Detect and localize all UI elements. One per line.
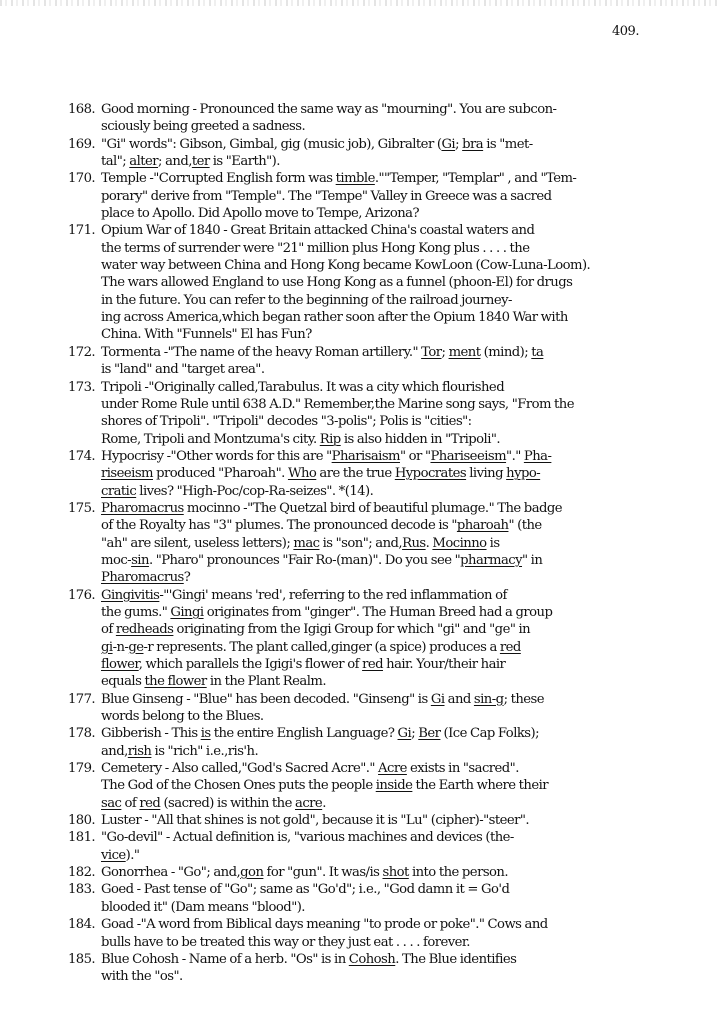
text-run: the Earth where their	[412, 778, 548, 793]
text-line: ing across America,which began rather so…	[101, 309, 668, 326]
text-line: the terms of surrender were "21" million…	[101, 240, 668, 257]
text-run: under Rome Rule until 638 A.D." Remember…	[101, 397, 574, 412]
underlined-word: sin	[131, 553, 149, 568]
entry-number: 179.	[68, 760, 95, 777]
numbered-entry: 174. Hypocrisy -"Other words for this ar…	[68, 448, 668, 500]
text-run: (Ice Cap Folks);	[440, 726, 539, 741]
text-run: (sacred) is within the	[160, 796, 295, 811]
text-run: The God of the Chosen Ones puts the peop…	[101, 778, 376, 793]
text-run: " in	[522, 553, 542, 568]
text-run: into the person.	[409, 865, 508, 880]
entry-number: 178.	[68, 725, 95, 742]
text-line: sciously being greeted a sadness.	[101, 118, 668, 135]
numbered-entry: 181. "Go-devil" - Actual definition is, …	[68, 829, 668, 864]
text-run: tal";	[101, 154, 129, 169]
text-line: moc-sin. "Pharo" pronounces "Fair Ro-(ma…	[101, 552, 668, 569]
text-run: originates from "ginger". The Human Bree…	[204, 605, 553, 620]
underlined-word: acre	[295, 796, 322, 811]
numbered-entry: 173. Tripoli -"Originally called,Tarabul…	[68, 379, 668, 448]
underlined-word: Gi	[431, 692, 445, 707]
text-line: words belong to the Blues.	[101, 708, 668, 725]
entry-text: Opium War of 1840 - Great Britain attack…	[101, 222, 668, 343]
text-run: blooded it" (Dam means "blood").	[101, 900, 305, 915]
text-run: is "land" and "target area".	[101, 362, 264, 377]
text-run: place to Apollo. Did Apollo move to Temp…	[101, 206, 419, 221]
numbered-entry: 177. Blue Ginseng - "Blue" has been deco…	[68, 691, 668, 726]
text-line: and,rish is "rich" i.e.,ris'h.	[101, 743, 668, 760]
text-run: ing across America,which began rather so…	[101, 310, 568, 325]
underlined-word: ter	[192, 154, 210, 169]
text-line: Hypocrisy -"Other words for this are "Ph…	[101, 448, 668, 465]
numbered-entry: 171. Opium War of 1840 - Great Britain a…	[68, 222, 668, 343]
text-line: "Go-devil" - Actual definition is, "vari…	[101, 829, 668, 846]
text-line: blooded it" (Dam means "blood").	[101, 899, 668, 916]
text-line: equals the flower in the Plant Realm.	[101, 673, 668, 690]
text-line: China. With "Funnels" El has Fun?	[101, 326, 668, 343]
entry-text: Gonorrhea - "Go"; and,gon for "gun". It …	[101, 864, 668, 881]
entry-text: Temple -"Corrupted English form was timb…	[101, 170, 668, 222]
text-line: shores of Tripoli". "Tripoli" decodes "3…	[101, 413, 668, 430]
text-run: . The Blue identifies	[395, 952, 516, 967]
text-run: ; these	[504, 692, 544, 707]
text-line: Pharomacrus mocinno -"The Quetzal bird o…	[101, 500, 668, 517]
underlined-word: Rus	[402, 536, 426, 551]
text-run: originating from the Igigi Group for whi…	[173, 622, 530, 637]
text-run: in the future. You can refer to the begi…	[101, 293, 512, 308]
underlined-word: Ber	[418, 726, 440, 741]
text-run: Cemetery - Also called,"God's Sacred Acr…	[101, 761, 378, 776]
text-run: .	[322, 796, 326, 811]
text-line: of the Royalty has "3" plumes. The prono…	[101, 517, 668, 534]
text-line: Gonorrhea - "Go"; and,gon for "gun". It …	[101, 864, 668, 881]
underlined-word: Phariseeism	[430, 449, 506, 464]
numbered-entry: 175. Pharomacrus mocinno -"The Quetzal b…	[68, 500, 668, 587]
text-line: Blue Ginseng - "Blue" has been decoded. …	[101, 691, 668, 708]
underlined-word: bra	[462, 137, 483, 152]
underlined-word: sac	[101, 796, 121, 811]
text-line: Opium War of 1840 - Great Britain attack…	[101, 222, 668, 239]
text-run: is	[487, 536, 500, 551]
text-line: riseeism produced "Pharoah". Who are the…	[101, 465, 668, 482]
text-run: living	[466, 466, 506, 481]
text-run: "Gi" words": Gibson, Gimbal, gig (music …	[101, 137, 441, 152]
underlined-word: redheads	[116, 622, 174, 637]
underlined-word: Cohosh	[349, 952, 395, 967]
text-line: The God of the Chosen Ones puts the peop…	[101, 777, 668, 794]
underlined-word: inside	[376, 778, 413, 793]
text-run: (mind);	[480, 345, 531, 360]
page-number: 409.	[612, 24, 639, 39]
underlined-word: is	[201, 726, 211, 741]
text-run: sciously being greeted a sadness.	[101, 119, 305, 134]
numbered-entry: 179. Cemetery - Also called,"God's Sacre…	[68, 760, 668, 812]
underlined-word: sin-g	[474, 692, 504, 707]
entry-number: 172.	[68, 344, 95, 361]
entry-text: Tripoli -"Originally called,Tarabulus. I…	[101, 379, 668, 448]
text-run: porary" derive from "Temple". The "Tempe…	[101, 189, 552, 204]
text-run: bulls have to be treated this way or the…	[101, 935, 470, 950]
text-run: Rome, Tripoli and Montzuma's city.	[101, 432, 320, 447]
text-run: is "rich" i.e.,ris'h.	[151, 744, 258, 759]
text-run: water way between China and Hong Kong be…	[101, 258, 590, 273]
entry-text: Cemetery - Also called,"God's Sacred Acr…	[101, 760, 668, 812]
text-run: Blue Cohosh - Name of a herb. "Os" is in	[101, 952, 349, 967]
text-line: Good morning - Pronounced the same way a…	[101, 101, 668, 118]
underlined-word: red	[500, 640, 521, 655]
text-line: Tripoli -"Originally called,Tarabulus. I…	[101, 379, 668, 396]
text-run: produced "Pharoah".	[153, 466, 288, 481]
text-line: Tormenta -"The name of the heavy Roman a…	[101, 344, 668, 361]
entry-text: "Go-devil" - Actual definition is, "vari…	[101, 829, 668, 864]
entry-number: 181.	[68, 829, 95, 846]
text-run: and	[444, 692, 473, 707]
text-run: "ah" are silent, useless letters);	[101, 536, 293, 551]
underlined-word: timble	[336, 171, 375, 186]
entry-list: 168. Good morning - Pronounced the same …	[68, 101, 668, 986]
entry-text: Gingivitis-"'Gingi' means 'red', referri…	[101, 587, 668, 691]
text-run: "Go-devil" - Actual definition is, "vari…	[101, 830, 514, 845]
text-line: Goed - Past tense of "Go"; same as "Go'd…	[101, 881, 668, 898]
underlined-word: gi	[101, 640, 113, 655]
text-run: .""Temper, "Templar" , and "Tem-	[375, 171, 577, 186]
text-run: exists in "sacred".	[407, 761, 519, 776]
text-line: flower, which parallels the Igigi's flow…	[101, 656, 668, 673]
numbered-entry: 178. Gibberish - This is the entire Engl…	[68, 725, 668, 760]
numbered-entry: 183. Goed - Past tense of "Go"; same as …	[68, 881, 668, 916]
entry-number: 174.	[68, 448, 95, 465]
entry-text: Goad -"A word from Biblical days meaning…	[101, 916, 668, 951]
text-run: moc-	[101, 553, 131, 568]
entry-text: Hypocrisy -"Other words for this are "Ph…	[101, 448, 668, 500]
underlined-word: Mocinno	[432, 536, 486, 551]
scan-artifact-border	[0, 0, 720, 6]
entry-number: 170.	[68, 170, 95, 187]
text-line: the gums." Gingi originates from "ginger…	[101, 604, 668, 621]
text-run: Hypocrisy -"Other words for this are "	[101, 449, 332, 464]
text-run: the entire English Language?	[211, 726, 398, 741]
entry-text: Tormenta -"The name of the heavy Roman a…	[101, 344, 668, 379]
numbered-entry: 185. Blue Cohosh - Name of a herb. "Os" …	[68, 951, 668, 986]
underlined-word: Pharomacrus	[101, 501, 184, 516]
underlined-word: red	[139, 796, 160, 811]
text-run: Goed - Past tense of "Go"; same as "Go'd…	[101, 882, 509, 897]
underlined-word: pharmacy	[460, 553, 522, 568]
text-run: Opium War of 1840 - Great Britain attack…	[101, 223, 534, 238]
underlined-word: Rip	[320, 432, 341, 447]
underlined-word: Pharisaism	[332, 449, 400, 464]
entry-number: 175.	[68, 500, 95, 517]
text-run: )."	[126, 848, 140, 863]
underlined-word: flower	[101, 657, 139, 672]
text-line: Gingivitis-"'Gingi' means 'red', referri…	[101, 587, 668, 604]
entry-text: "Gi" words": Gibson, Gimbal, gig (music …	[101, 136, 668, 171]
numbered-entry: 176. Gingivitis-"'Gingi' means 'red', re…	[68, 587, 668, 691]
underlined-word: ment	[449, 345, 481, 360]
entry-text: Pharomacrus mocinno -"The Quetzal bird o…	[101, 500, 668, 587]
underlined-word: Gi	[441, 137, 455, 152]
entry-text: Good morning - Pronounced the same way a…	[101, 101, 668, 136]
text-run: Tripoli -"Originally called,Tarabulus. I…	[101, 380, 504, 395]
text-line: Rome, Tripoli and Montzuma's city. Rip i…	[101, 431, 668, 448]
text-line: "Gi" words": Gibson, Gimbal, gig (music …	[101, 136, 668, 153]
underlined-word: mac	[293, 536, 319, 551]
text-line: water way between China and Hong Kong be…	[101, 257, 668, 274]
underlined-word: shot	[382, 865, 408, 880]
text-run: China. With "Funnels" El has Fun?	[101, 327, 312, 342]
text-run: -n-	[113, 640, 129, 655]
text-line: Cemetery - Also called,"God's Sacred Acr…	[101, 760, 668, 777]
numbered-entry: 170. Temple -"Corrupted English form was…	[68, 170, 668, 222]
text-line: in the future. You can refer to the begi…	[101, 292, 668, 309]
text-run: is "son"; and,	[319, 536, 402, 551]
text-run: of the Royalty has "3" plumes. The prono…	[101, 518, 457, 533]
text-run: in the Plant Realm.	[207, 674, 326, 689]
text-line: gi-n-ge-r represents. The plant called,g…	[101, 639, 668, 656]
text-run: -r represents. The plant called,ginger (…	[143, 640, 499, 655]
text-run: ; and,	[158, 154, 192, 169]
text-run: and,	[101, 744, 128, 759]
text-run: is also hidden in "Tripoli".	[341, 432, 500, 447]
text-line: Goad -"A word from Biblical days meaning…	[101, 916, 668, 933]
underlined-word: the flower	[144, 674, 206, 689]
entry-number: 169.	[68, 136, 95, 153]
underlined-word: ta	[531, 345, 543, 360]
text-line: of redheads originating from the Igigi G…	[101, 621, 668, 638]
text-line: Pharomacrus?	[101, 569, 668, 586]
text-run: lives? "High-Poc/cop-Ra-seizes". *(14).	[136, 484, 373, 499]
underlined-word: gon	[240, 865, 263, 880]
underlined-word: cratic	[101, 484, 136, 499]
text-run: Goad -"A word from Biblical days meaning…	[101, 917, 548, 932]
text-run: Good morning - Pronounced the same way a…	[101, 102, 556, 117]
entry-number: 185.	[68, 951, 95, 968]
text-run: Gibberish - This	[101, 726, 201, 741]
entry-text: Gibberish - This is the entire English L…	[101, 725, 668, 760]
entry-text: Luster - "All that shines is not gold", …	[101, 812, 668, 829]
numbered-entry: 169. "Gi" words": Gibson, Gimbal, gig (m…	[68, 136, 668, 171]
text-run: words belong to the Blues.	[101, 709, 264, 724]
text-run: with the "os".	[101, 969, 183, 984]
underlined-word: rish	[128, 744, 152, 759]
text-run: ;	[442, 345, 449, 360]
text-line: porary" derive from "Temple". The "Tempe…	[101, 188, 668, 205]
entry-text: Goed - Past tense of "Go"; same as "Go'd…	[101, 881, 668, 916]
underlined-word: vice	[101, 848, 126, 863]
text-line: cratic lives? "High-Poc/cop-Ra-seizes". …	[101, 483, 668, 500]
underlined-word: alter	[129, 154, 158, 169]
text-run: "."	[506, 449, 524, 464]
text-line: under Rome Rule until 638 A.D." Remember…	[101, 396, 668, 413]
text-run: are the true	[316, 466, 395, 481]
text-run: Gonorrhea - "Go"; and,	[101, 865, 240, 880]
underlined-word: Gi	[398, 726, 412, 741]
entry-number: 180.	[68, 812, 95, 829]
underlined-word: red	[362, 657, 383, 672]
entry-text: Blue Ginseng - "Blue" has been decoded. …	[101, 691, 668, 726]
underlined-word: ge	[128, 640, 143, 655]
text-run: , which parallels the Igigi's flower of	[139, 657, 362, 672]
text-line: Blue Cohosh - Name of a herb. "Os" is in…	[101, 951, 668, 968]
text-line: Temple -"Corrupted English form was timb…	[101, 170, 668, 187]
numbered-entry: 172. Tormenta -"The name of the heavy Ro…	[68, 344, 668, 379]
numbered-entry: 184. Goad -"A word from Biblical days me…	[68, 916, 668, 951]
text-line: The wars allowed England to use Hong Kon…	[101, 274, 668, 291]
text-run: ?	[184, 570, 191, 585]
entry-number: 177.	[68, 691, 95, 708]
text-run: . "Pharo" pronounces "Fair Ro-(man)". Do…	[149, 553, 460, 568]
entry-number: 182.	[68, 864, 95, 881]
underlined-word: pharoah	[457, 518, 509, 533]
underlined-word: Hypocrates	[395, 466, 466, 481]
text-line: with the "os".	[101, 968, 668, 985]
text-run: is "met-	[483, 137, 533, 152]
text-run: " or "	[400, 449, 430, 464]
underlined-word: Pharomacrus	[101, 570, 184, 585]
text-line: vice)."	[101, 847, 668, 864]
entry-number: 183.	[68, 881, 95, 898]
text-run: -"'Gingi' means 'red', referring to the …	[159, 588, 506, 603]
text-line: sac of red (sacred) is within the acre.	[101, 795, 668, 812]
underlined-word: Pha-	[524, 449, 552, 464]
text-run: Tormenta -"The name of the heavy Roman a…	[101, 345, 421, 360]
underlined-word: Who	[288, 466, 316, 481]
text-line: Gibberish - This is the entire English L…	[101, 725, 668, 742]
entry-number: 173.	[68, 379, 95, 396]
text-run: the gums."	[101, 605, 170, 620]
numbered-entry: 180. Luster - "All that shines is not go…	[68, 812, 668, 829]
entry-number: 171.	[68, 222, 95, 239]
text-run: mocinno -"The Quetzal bird of beautiful …	[184, 501, 562, 516]
text-run: hair. Your/their hair	[383, 657, 505, 672]
text-run: of	[101, 622, 116, 637]
text-line: place to Apollo. Did Apollo move to Temp…	[101, 205, 668, 222]
text-run: for "gun". It was/is	[263, 865, 382, 880]
text-run: is "Earth").	[210, 154, 280, 169]
text-run: Luster - "All that shines is not gold", …	[101, 813, 529, 828]
text-line: bulls have to be treated this way or the…	[101, 934, 668, 951]
numbered-entry: 182. Gonorrhea - "Go"; and,gon for "gun"…	[68, 864, 668, 881]
text-run: equals	[101, 674, 144, 689]
text-line: Luster - "All that shines is not gold", …	[101, 812, 668, 829]
text-line: "ah" are silent, useless letters); mac i…	[101, 535, 668, 552]
text-run: The wars allowed England to use Hong Kon…	[101, 275, 572, 290]
text-line: is "land" and "target area".	[101, 361, 668, 378]
underlined-word: Gingi	[170, 605, 203, 620]
text-run: shores of Tripoli". "Tripoli" decodes "3…	[101, 414, 472, 429]
numbered-entry: 168. Good morning - Pronounced the same …	[68, 101, 668, 136]
text-line: tal"; alter; and,ter is "Earth").	[101, 153, 668, 170]
underlined-word: riseeism	[101, 466, 153, 481]
text-run: " (the	[508, 518, 541, 533]
text-run: the terms of surrender were "21" million…	[101, 241, 529, 256]
underlined-word: Tor	[421, 345, 441, 360]
entry-text: Blue Cohosh - Name of a herb. "Os" is in…	[101, 951, 668, 986]
entry-number: 176.	[68, 587, 95, 604]
text-run: Temple -"Corrupted English form was	[101, 171, 336, 186]
text-run: of	[121, 796, 139, 811]
text-run: Blue Ginseng - "Blue" has been decoded. …	[101, 692, 431, 707]
underlined-word: Gingivitis	[101, 588, 159, 603]
entry-number: 168.	[68, 101, 95, 118]
entry-number: 184.	[68, 916, 95, 933]
underlined-word: Acre	[378, 761, 407, 776]
underlined-word: hypo-	[506, 466, 540, 481]
